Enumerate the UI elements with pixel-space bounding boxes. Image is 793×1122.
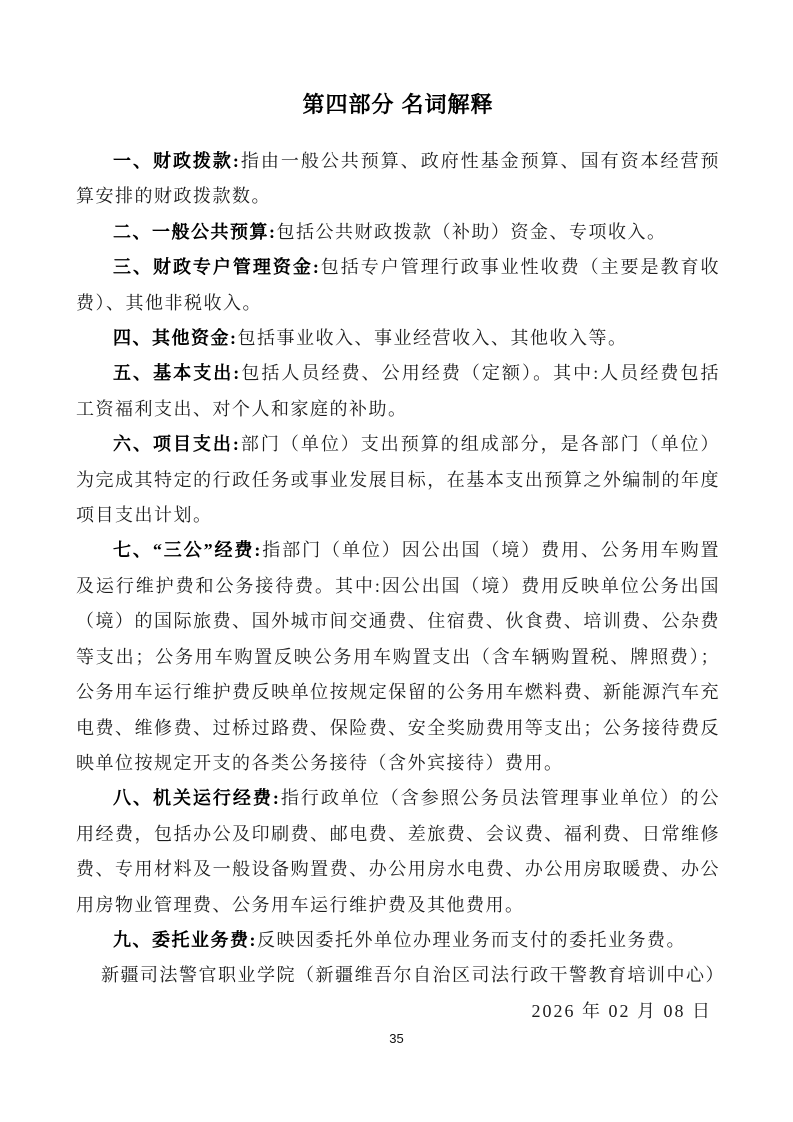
term-text: 指部门（单位）因公出国（境）费用、公务用车购置及运行维护费和公务接待费。其中:因…	[76, 540, 720, 772]
term-paragraph: 六、项目支出:部门（单位）支出预算的组成部分，是各部门（单位）为完成其特定的行政…	[76, 427, 720, 533]
document-page: 第四部分 名词解释 一、财政拨款:指由一般公共预算、政府性基金预算、国有资本经营…	[0, 0, 793, 1122]
term-text: 反映因委托外单位办理业务而支付的委托业务费。	[257, 930, 686, 950]
term-lead: 九、委托业务费:	[113, 930, 257, 950]
term-lead: 三、财政专户管理资金:	[113, 257, 320, 277]
term-paragraph: 九、委托业务费:反映因委托外单位办理业务而支付的委托业务费。	[76, 923, 720, 958]
term-paragraph: 八、机关运行经费:指行政单位（含参照公务员法管理事业单位）的公用经费，包括办公及…	[76, 781, 720, 923]
term-lead: 四、其他资金:	[113, 328, 238, 348]
term-paragraph: 三、财政专户管理资金:包括专户管理行政事业性收费（主要是教育收费）、其他非税收入…	[76, 250, 720, 321]
signature-line: 新疆司法警官职业学院（新疆维吾尔自治区司法行政干警教育培训中心）	[76, 958, 720, 993]
term-lead: 五、基本支出:	[113, 363, 241, 383]
page-title: 第四部分 名词解释	[76, 88, 720, 119]
term-lead: 七、“三公”经费:	[113, 540, 262, 560]
term-paragraph: 七、“三公”经费:指部门（单位）因公出国（境）费用、公务用车购置及运行维护费和公…	[76, 533, 720, 781]
term-lead: 一、财政拨款:	[113, 151, 240, 171]
term-paragraph: 四、其他资金:包括事业收入、事业经营收入、其他收入等。	[76, 321, 720, 356]
term-text: 包括公共财政拨款（补助）资金、专项收入。	[277, 222, 667, 242]
term-lead: 二、一般公共预算:	[113, 222, 277, 242]
term-lead: 六、项目支出:	[113, 434, 240, 454]
document-content: 第四部分 名词解释 一、财政拨款:指由一般公共预算、政府性基金预算、国有资本经营…	[0, 0, 793, 1029]
page-number: 35	[0, 1031, 793, 1046]
term-paragraph: 五、基本支出:包括人员经费、公用经费（定额）。其中:人员经费包括工资福利支出、对…	[76, 356, 720, 427]
term-paragraph: 一、财政拨款:指由一般公共预算、政府性基金预算、国有资本经营预算安排的财政拨款数…	[76, 144, 720, 215]
term-lead: 八、机关运行经费:	[113, 788, 280, 808]
date-line: 2026 年 02 月 08 日	[76, 994, 720, 1029]
term-text: 包括事业收入、事业经营收入、其他收入等。	[238, 328, 628, 348]
term-paragraph: 二、一般公共预算:包括公共财政拨款（补助）资金、专项收入。	[76, 215, 720, 250]
